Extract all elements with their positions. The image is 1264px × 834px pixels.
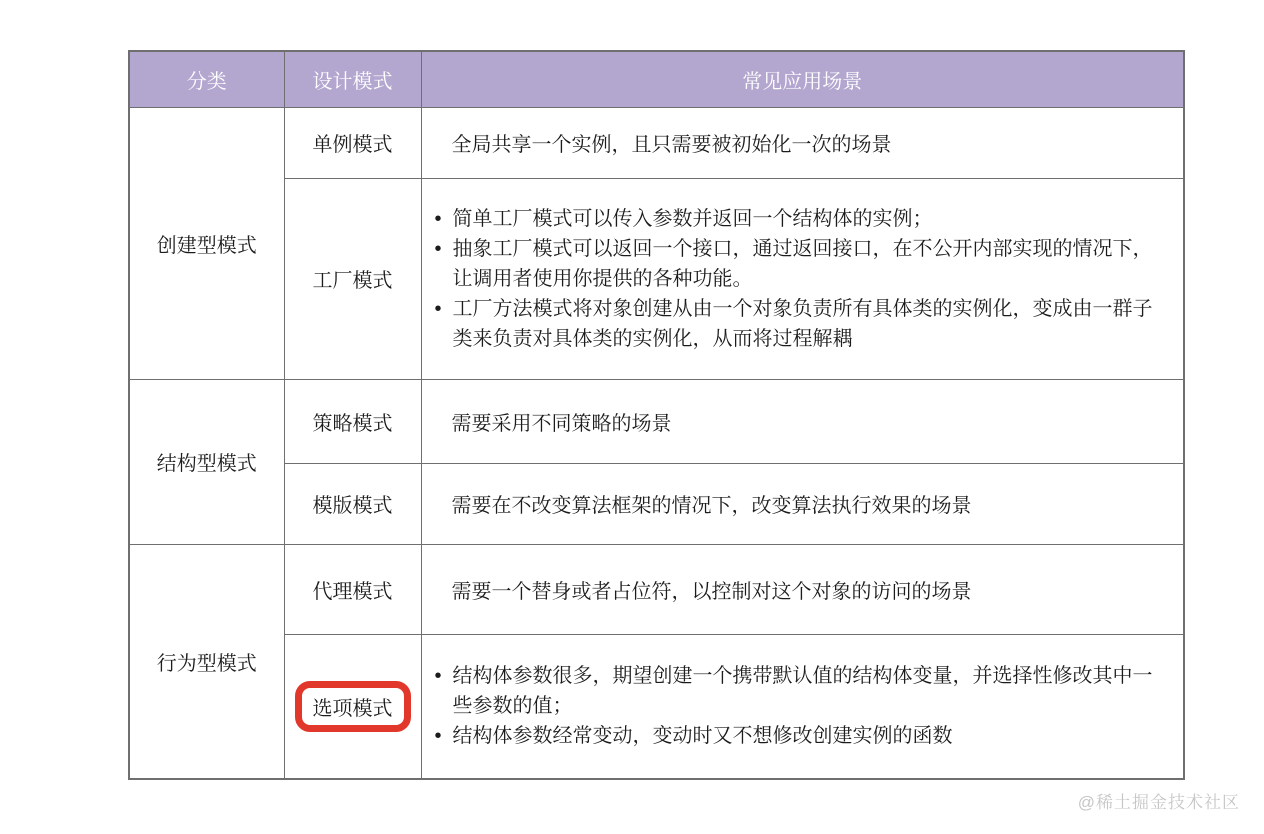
table-body: 创建型模式 单例模式 全局共享一个实例，且只需要被初始化一次的场景 工厂模式 简… [129, 107, 1184, 779]
header-cell-category: 分类 [129, 51, 284, 107]
pattern-cell-strategy: 策略模式 [284, 379, 421, 463]
table-row: 创建型模式 单例模式 全局共享一个实例，且只需要被初始化一次的场景 [129, 107, 1184, 178]
scenario-cell-strategy: 需要采用不同策略的场景 [421, 379, 1184, 463]
scenario-cell-template: 需要在不改变算法框架的情况下，改变算法执行效果的场景 [421, 463, 1184, 544]
category-cell-behavioral: 行为型模式 [129, 544, 284, 779]
design-patterns-table: 分类 设计模式 常见应用场景 创建型模式 单例模式 全局共享一个实例，且只需要被… [128, 50, 1185, 780]
factory-bullet-list: 简单工厂模式可以传入参数并返回一个结构体的实例； 抽象工厂模式可以返回一个接口，… [434, 204, 1170, 354]
bullet-item: 简单工厂模式可以传入参数并返回一个结构体的实例； [434, 204, 1170, 234]
bullet-item: 结构体参数很多，期望创建一个携带默认值的结构体变量，并选择性修改其中一些参数的值… [434, 661, 1170, 721]
table-row: 结构型模式 策略模式 需要采用不同策略的场景 [129, 379, 1184, 463]
juejin-watermark: @稀土掘金技术社区 [1078, 788, 1240, 813]
bullet-item: 结构体参数经常变动，变动时又不想修改创建实例的函数 [434, 721, 1170, 751]
bullet-item: 抽象工厂模式可以返回一个接口，通过返回接口，在不公开内部实现的情况下，让调用者使… [434, 234, 1170, 294]
table-row: 选项模式 结构体参数很多，期望创建一个携带默认值的结构体变量，并选择性修改其中一… [129, 634, 1184, 779]
scenario-cell-options: 结构体参数很多，期望创建一个携带默认值的结构体变量，并选择性修改其中一些参数的值… [421, 634, 1184, 779]
scenario-cell-proxy: 需要一个替身或者占位符，以控制对这个对象的访问的场景 [421, 544, 1184, 634]
pattern-cell-options: 选项模式 [284, 634, 421, 779]
pattern-cell-proxy: 代理模式 [284, 544, 421, 634]
scenario-cell-factory: 简单工厂模式可以传入参数并返回一个结构体的实例； 抽象工厂模式可以返回一个接口，… [421, 178, 1184, 379]
scenario-cell-singleton: 全局共享一个实例，且只需要被初始化一次的场景 [421, 107, 1184, 178]
bullet-item: 工厂方法模式将对象创建从由一个对象负责所有具体类的实例化，变成由一群子类来负责对… [434, 294, 1170, 354]
table-row: 行为型模式 代理模式 需要一个替身或者占位符，以控制对这个对象的访问的场景 [129, 544, 1184, 634]
red-highlight-box: 选项模式 [295, 681, 411, 732]
header-row: 分类 设计模式 常见应用场景 [129, 51, 1184, 107]
header-cell-scenario: 常见应用场景 [421, 51, 1184, 107]
pattern-cell-template: 模版模式 [284, 463, 421, 544]
pattern-cell-factory: 工厂模式 [284, 178, 421, 379]
category-cell-structural: 结构型模式 [129, 379, 284, 544]
pattern-label-options: 选项模式 [313, 698, 393, 720]
table-row: 模版模式 需要在不改变算法框架的情况下，改变算法执行效果的场景 [129, 463, 1184, 544]
category-cell-creational: 创建型模式 [129, 107, 284, 379]
pattern-cell-singleton: 单例模式 [284, 107, 421, 178]
options-bullet-list: 结构体参数很多，期望创建一个携带默认值的结构体变量，并选择性修改其中一些参数的值… [434, 661, 1170, 751]
table-header: 分类 设计模式 常见应用场景 [129, 51, 1184, 107]
header-cell-pattern: 设计模式 [284, 51, 421, 107]
table-row: 工厂模式 简单工厂模式可以传入参数并返回一个结构体的实例； 抽象工厂模式可以返回… [129, 178, 1184, 379]
